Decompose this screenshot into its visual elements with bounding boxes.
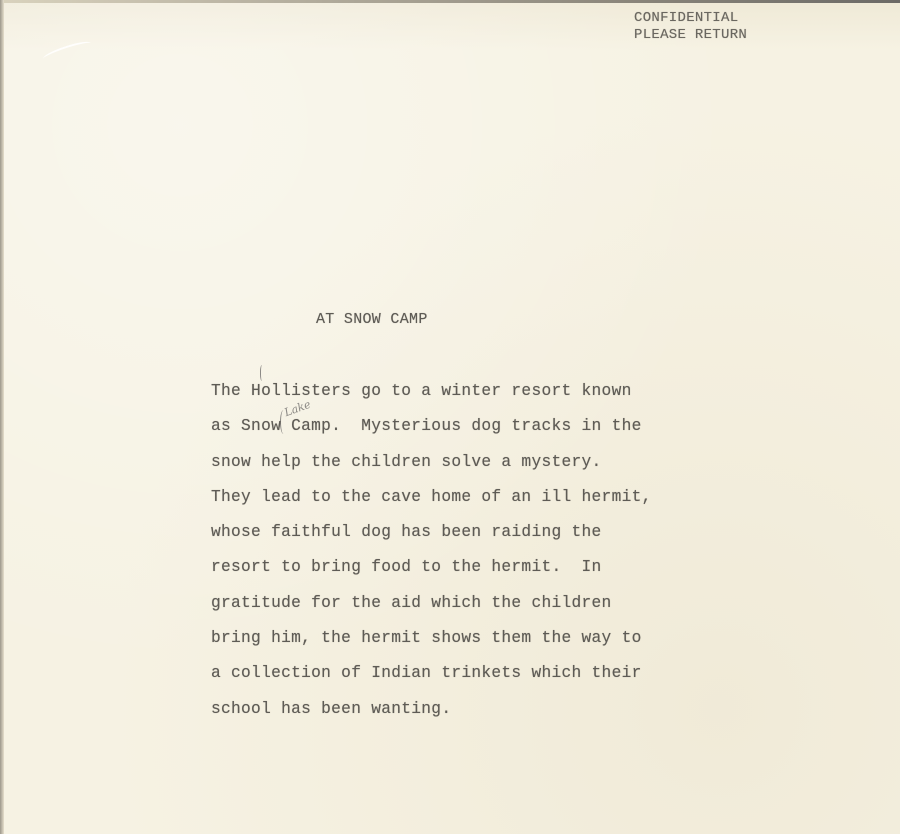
text-line: school has been wanting.: [211, 697, 652, 732]
document-title: AT SNOW CAMP: [316, 311, 428, 328]
text-line: resort to bring food to the hermit. In: [211, 555, 652, 590]
text-line: whose faithful dog has been raiding the: [211, 520, 652, 555]
paper-top-edge: [0, 0, 900, 3]
text-line: snow help the children solve a mystery.: [211, 450, 652, 485]
staple-mark: [42, 39, 93, 64]
text-line: bring him, the hermit shows them the way…: [211, 626, 652, 661]
paper-left-edge: [0, 0, 4, 834]
stamp-line-2: PLEASE RETURN: [634, 27, 747, 44]
text-line: as Snow Camp. Mysterious dog tracks in t…: [211, 414, 652, 449]
text-line: a collection of Indian trinkets which th…: [211, 661, 652, 696]
text-line: They lead to the cave home of an ill her…: [211, 485, 652, 520]
synopsis-paragraph: The Hollisters go to a winter resort kno…: [211, 379, 652, 732]
document-page: CONFIDENTIAL PLEASE RETURN AT SNOW CAMP …: [0, 0, 900, 834]
text-line: The Hollisters go to a winter resort kno…: [211, 379, 652, 414]
confidential-stamp: CONFIDENTIAL PLEASE RETURN: [634, 10, 747, 44]
text-line: gratitude for the aid which the children: [211, 591, 652, 626]
stamp-line-1: CONFIDENTIAL: [634, 10, 747, 27]
